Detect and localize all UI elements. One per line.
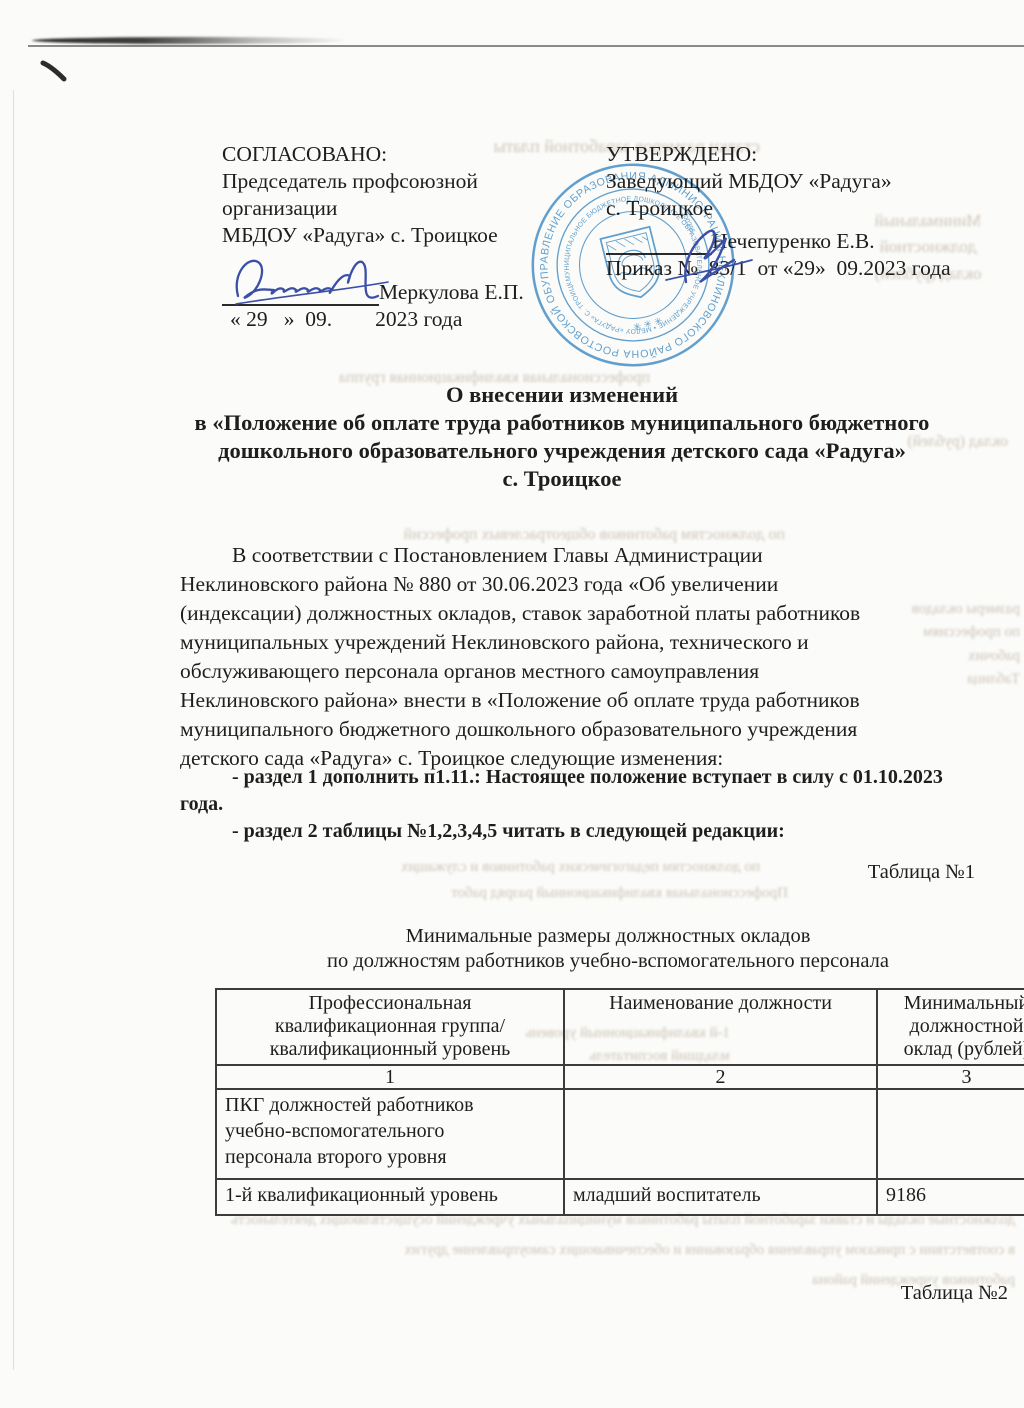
stamp-stars: ✳ ✳ ✳ [632, 316, 664, 334]
order-line: Приказ № 83/1 от «29» 09.2023 года [606, 255, 1016, 282]
empty-cell [877, 1089, 1024, 1179]
signatory-name: Нечепуренко Е.В. [712, 229, 875, 253]
signature-line [606, 234, 712, 255]
approval-block: УТВЕРЖДЕНО: Заведующий МБДОУ «Радуга» с.… [606, 141, 1016, 282]
agreement-signature-row: Меркулова Е.П. [222, 279, 612, 306]
scanned-document-page: ставки размеров заработной платы Минимал… [0, 0, 1024, 1408]
amendment-item-1: - раздел 1 дополнить п1.11.: Настоящее п… [180, 764, 1024, 818]
body-paragraph: В соответствии с Постановлением Главы Ад… [180, 541, 980, 773]
table-row: 1-й квалификационный уровень младший вос… [216, 1179, 1024, 1215]
column-number-row: 1 2 3 [216, 1065, 1024, 1089]
col2-header: Наименование должности [564, 989, 877, 1065]
salary-cell: 9186 [877, 1179, 1024, 1215]
empty-cell [564, 1089, 877, 1179]
scan-edge-line [28, 45, 1024, 47]
bleedthrough-text: Профессиональная квалификационный разряд… [248, 882, 788, 905]
table2-label: Таблица №2 [708, 1282, 1008, 1305]
qualification-level-cell: 1-й квалификационный уровень [216, 1179, 564, 1215]
col-number: 2 [564, 1065, 877, 1089]
pkg-group-cell: ПКГ должностей работников учебно-вспомог… [216, 1089, 564, 1179]
approval-lines: Заведующий МБДОУ «Радуга» с. Троицкое [606, 168, 1016, 222]
document-title: О внесении изменений в «Положение об опл… [112, 381, 1012, 493]
amendment-item-2: - раздел 2 таблицы №1,2,3,4,5 читать в с… [180, 818, 1024, 845]
col1-header: Профессиональная квалификационная группа… [216, 989, 564, 1065]
agreement-heading: СОГЛАСОВАНО: [222, 141, 612, 168]
table-row: ПКГ должностей работников учебно-вспомог… [216, 1089, 1024, 1179]
pen-mark [40, 60, 70, 84]
position-cell: младший воспитатель [564, 1179, 877, 1215]
table1-caption: Минимальные размеры должностных окладов … [215, 924, 1001, 974]
col-number: 3 [877, 1065, 1024, 1089]
agreement-lines: Председатель профсоюзной организации МБД… [222, 168, 612, 249]
table1-label: Таблица №1 [675, 861, 975, 884]
agreement-date: « 29 » 09. 2023 года [230, 306, 612, 333]
signatory-name: Меркулова Е.П. [379, 280, 524, 304]
col-number: 1 [216, 1065, 564, 1089]
salary-table: Профессиональная квалификационная группа… [215, 988, 1024, 1216]
scan-left-edge [13, 90, 14, 1370]
agreement-block: СОГЛАСОВАНО: Председатель профсоюзной ор… [222, 141, 612, 333]
approval-heading: УТВЕРЖДЕНО: [606, 141, 1016, 168]
approval-signature-row: Нечепуренко Е.В. [606, 228, 1016, 255]
table-header-row: Профессиональная квалификационная группа… [216, 989, 1024, 1065]
scan-edge-smudge [32, 37, 352, 44]
col3-header: Минимальный должностной оклад (рублей) [877, 989, 1024, 1065]
signature-line [222, 285, 379, 306]
